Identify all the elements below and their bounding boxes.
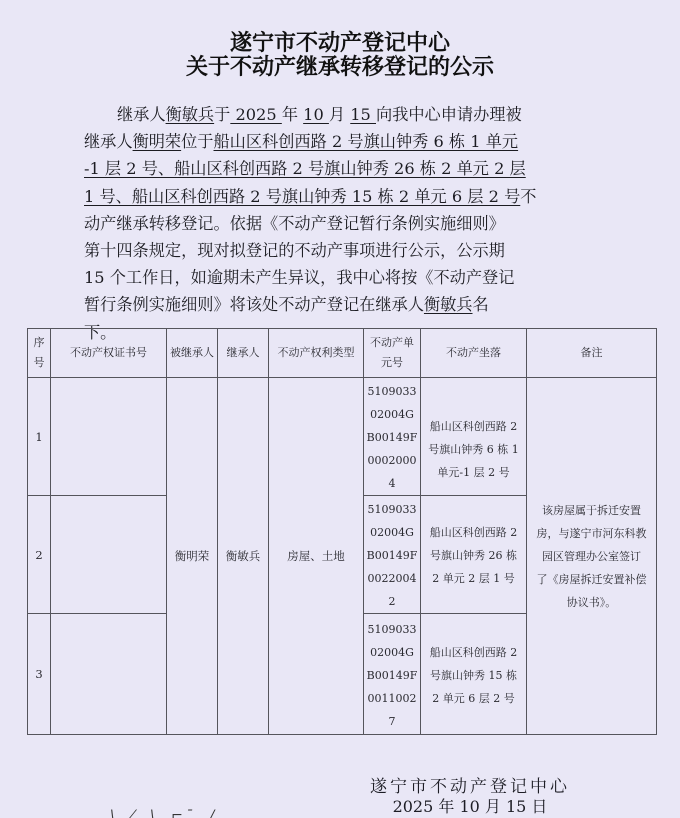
cell-line: 7 bbox=[364, 710, 420, 733]
cell-line: 0002000 bbox=[364, 449, 420, 472]
filled-field: 10 bbox=[303, 105, 329, 124]
filled-field: 衡明荣 bbox=[133, 132, 182, 151]
cell-seq: 1 bbox=[28, 378, 51, 496]
table-row: 1 衡明荣 衡敏兵 房屋、土地 510903302004GB00149F0002… bbox=[28, 378, 657, 496]
header-right-type: 不动产权利类型 bbox=[269, 329, 364, 378]
cell-line: 02004G bbox=[364, 641, 420, 664]
cell-heir: 衡敏兵 bbox=[218, 378, 269, 735]
paragraph-text: 不 bbox=[520, 187, 536, 206]
cell-location: 船山区科创西路 2号旗山钟秀 6 栋 1单元-1 层 2 号 bbox=[421, 378, 527, 496]
filled-field: 船山区科创西路 2 号旗山钟秀 6 栋 1 单元 bbox=[214, 132, 519, 151]
filled-field: 2025 bbox=[230, 105, 282, 124]
cell-location: 船山区科创西路 2号旗山钟秀 15 栋2 单元 6 层 2 号 bbox=[421, 614, 527, 735]
cell-line: 2 bbox=[364, 590, 420, 613]
paragraph-text: 于 bbox=[214, 105, 230, 124]
cell-line: 0011002 bbox=[364, 687, 420, 710]
paragraph-line: 暂行条例实施细则》将该处不动产登记在继承人衡敏兵名 bbox=[84, 291, 584, 318]
filled-field: -1 层 2 号、船山区科创西路 2 号旗山钟秀 26 栋 2 单元 2 层 bbox=[84, 159, 526, 178]
cell-line: B00149F bbox=[364, 664, 420, 687]
cell-line: B00149F bbox=[364, 544, 420, 567]
header-decedent: 被继承人 bbox=[167, 329, 218, 378]
filled-field: 1 号、船山区科创西路 2 号旗山钟秀 15 栋 2 单元 6 层 2 号 bbox=[84, 187, 520, 206]
cell-cert-no bbox=[51, 496, 167, 614]
header-remark: 备注 bbox=[527, 329, 657, 378]
filled-field: 衡敏兵 bbox=[166, 105, 215, 124]
cell-line: 02004G bbox=[364, 403, 420, 426]
cell-line: 5109033 bbox=[364, 498, 420, 521]
cell-line: B00149F bbox=[364, 426, 420, 449]
cell-location: 船山区科创西路 2号旗山钟秀 26 栋2 单元 2 层 1 号 bbox=[421, 496, 527, 614]
paragraph-text: 位于 bbox=[181, 132, 213, 151]
signature-date: 2025 年 10 月 15 日 bbox=[340, 794, 600, 817]
cell-cert-no bbox=[51, 614, 167, 735]
filled-field: 衡敏兵 bbox=[424, 295, 473, 314]
cell-cert-no bbox=[51, 378, 167, 496]
property-table: 序号 不动产权证书号 被继承人 继承人 不动产权利类型 不动产单元号 不动产坐落… bbox=[27, 328, 657, 735]
cell-line: 02004G bbox=[364, 521, 420, 544]
table-header-row: 序号 不动产权证书号 被继承人 继承人 不动产权利类型 不动产单元号 不动产坐落… bbox=[28, 329, 657, 378]
paragraph-line: 15 个工作日，如逾期未产生异议，我中心将按《不动产登记 bbox=[84, 264, 584, 291]
cell-seq: 2 bbox=[28, 496, 51, 614]
cell-line: 园区管理办公室签订 bbox=[531, 545, 652, 568]
cell-line: 5109033 bbox=[364, 618, 420, 641]
paragraph-text: 向我中心申请办理被 bbox=[376, 105, 522, 124]
header-cert-no: 不动产权证书号 bbox=[51, 329, 167, 378]
cell-unit-no: 510903302004GB00149F00020004 bbox=[364, 378, 421, 496]
cell-line: 0022004 bbox=[364, 567, 420, 590]
cell-unit-no: 510903302004GB00149F00110027 bbox=[364, 614, 421, 735]
cell-line: 2 单元 6 层 2 号 bbox=[421, 687, 526, 710]
header-unit-no: 不动产单元号 bbox=[364, 329, 421, 378]
paragraph-text: 月 bbox=[329, 105, 350, 124]
cell-line: 号旗山钟秀 6 栋 1 bbox=[421, 438, 526, 461]
paragraph-line: 第十四条规定，现对拟登记的不动产事项进行公示，公示期 bbox=[84, 237, 584, 264]
cell-line: 船山区科创西路 2 bbox=[421, 521, 526, 544]
cell-line: 号旗山钟秀 26 栋 bbox=[421, 544, 526, 567]
cell-line: 了《房屋拆迁安置补偿 bbox=[531, 568, 652, 591]
title-line-1: 遂宁市不动产登记中心 bbox=[0, 31, 680, 57]
paragraph-text: 年 bbox=[282, 105, 303, 124]
cell-line: 5109033 bbox=[364, 380, 420, 403]
handwritten-mark: \ ⁄ \ ⌐ ̄ / bbox=[110, 808, 220, 818]
header-seq: 序号 bbox=[28, 329, 51, 378]
paragraph-line: 动产继承转移登记。依据《不动产登记暂行条例实施细则》 bbox=[84, 210, 584, 237]
header-location: 不动产坐落 bbox=[421, 329, 527, 378]
cell-line: 号旗山钟秀 15 栋 bbox=[421, 664, 526, 687]
cell-line: 单元-1 层 2 号 bbox=[421, 461, 526, 484]
cell-line: 2 单元 2 层 1 号 bbox=[421, 567, 526, 590]
paragraph-text: 动产继承转移登记。依据《不动产登记暂行条例实施细则》 bbox=[84, 214, 505, 233]
paragraph-line: 1 号、船山区科创西路 2 号旗山钟秀 15 栋 2 单元 6 层 2 号不 bbox=[84, 183, 584, 210]
paragraph-text: 暂行条例实施细则》将该处不动产登记在继承人 bbox=[84, 295, 424, 314]
notice-paragraph: 继承人衡敏兵于 2025 年 10 月 15 向我中心申请办理被继承人衡明荣位于… bbox=[84, 101, 584, 346]
filled-field: 15 bbox=[350, 105, 376, 124]
paragraph-line: -1 层 2 号、船山区科创西路 2 号旗山钟秀 26 栋 2 单元 2 层 bbox=[84, 155, 584, 182]
title-line-2: 关于不动产继承转移登记的公示 bbox=[0, 55, 680, 81]
cell-line: 4 bbox=[364, 472, 420, 495]
cell-seq: 3 bbox=[28, 614, 51, 735]
cell-line: 该房屋属于拆迁安置 bbox=[531, 499, 652, 522]
cell-decedent: 衡明荣 bbox=[167, 378, 218, 735]
cell-line: 船山区科创西路 2 bbox=[421, 641, 526, 664]
paragraph-text: 第十四条规定，现对拟登记的不动产事项进行公示，公示期 bbox=[84, 241, 505, 260]
cell-right-type: 房屋、土地 bbox=[269, 378, 364, 735]
paragraph-text: 继承人 bbox=[84, 132, 133, 151]
header-heir: 继承人 bbox=[218, 329, 269, 378]
paragraph-text: 15 个工作日，如逾期未产生异议，我中心将按《不动产登记 bbox=[84, 268, 514, 287]
cell-line: 协议书》。 bbox=[531, 591, 652, 614]
cell-line: 房，与遂宁市河东科教 bbox=[531, 522, 652, 545]
cell-remark: 该房屋属于拆迁安置房，与遂宁市河东科教园区管理办公室签订了《房屋拆迁安置补偿协议… bbox=[527, 378, 657, 735]
cell-unit-no: 510903302004GB00149F00220042 bbox=[364, 496, 421, 614]
paragraph-text: 继承人 bbox=[117, 105, 166, 124]
paragraph-line: 继承人衡明荣位于船山区科创西路 2 号旗山钟秀 6 栋 1 单元 bbox=[84, 128, 584, 155]
paragraph-line: 继承人衡敏兵于 2025 年 10 月 15 向我中心申请办理被 bbox=[84, 101, 584, 128]
paragraph-text: 名 bbox=[473, 295, 489, 314]
cell-line: 船山区科创西路 2 bbox=[421, 415, 526, 438]
